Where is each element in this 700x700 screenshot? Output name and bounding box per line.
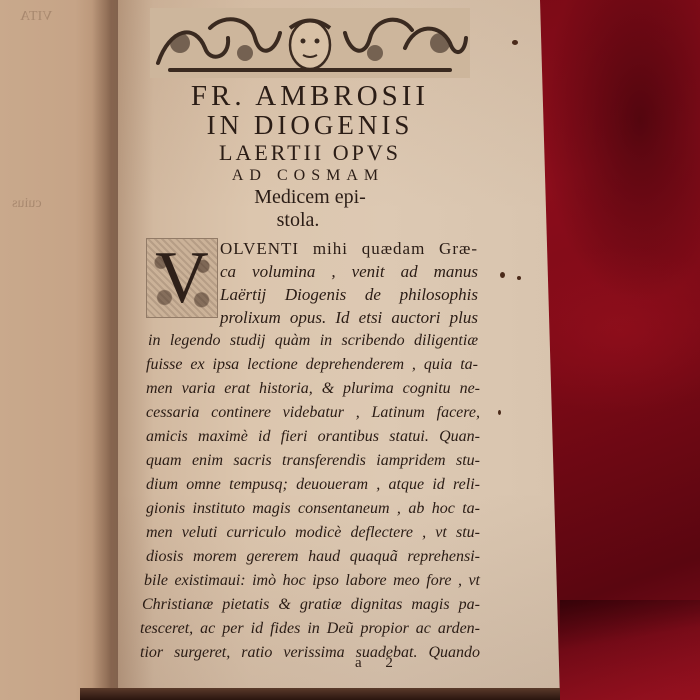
ink-stain [512,40,518,45]
velvet-fold [560,600,700,700]
body-line: fuisse ex ipsa lectione deprehenderem , … [146,354,478,376]
title-line-5: Medicem epi- [130,186,490,209]
body-line: tior surgeret, ratio verissima suadebat.… [140,642,480,664]
title-line-6: stola. [118,209,478,232]
initial-letter: V [155,238,208,318]
book-binding [80,688,560,700]
body-line: in legendo studij quàm in scribendo dili… [148,330,478,352]
body-line: bile existimaui: imò hoc ipso labore meo… [144,570,480,592]
body-line: ca volumina , venit ad manus [220,261,478,283]
title-line-2: IN DIOGENIS [130,110,490,141]
body-line: men veluti curriculo modicè deflectere ,… [146,522,480,544]
body-line: prolixum opus. Id etsi auctori plus [220,307,478,329]
body-line: Laërtij Diogenis de philosophis [220,284,478,306]
foxing-spot [517,276,521,280]
woodcut-ornament-icon [150,8,470,78]
page-signature: a 2 [355,655,403,672]
title-line-3: LAERTII OPVS [130,140,490,166]
left-page-ghost-title: VITA [20,8,52,26]
body-line: diosis morem gererem haud quaquã reprehe… [146,546,480,568]
title-line-4: AD COSMAM [128,167,488,185]
left-page-ghost-word: cuius [12,195,42,213]
body-line: gionis instituto magis consentaneum , ab… [146,498,480,520]
foxing-spot [498,410,501,415]
body-line: quam enim sacris transferendis iampridem… [146,450,480,472]
body-line: tesceret, ac per id fides in Deũ propior… [140,618,480,640]
foxing-spot [500,272,505,278]
body-line: men varia erat historia, & plurima cogni… [146,378,480,400]
body-line: cessaria continere videbatur , Latinum f… [146,402,480,424]
body-line: dium omne tempusq; deuoueram , atque id … [146,474,480,496]
body-line: Christianæ pietatis & gratiæ dignitas ma… [142,594,480,616]
body-line: amicis maximè id fieri orantibus statui.… [146,426,480,448]
body-line: OLVENTI mihi quædam Græ- [220,238,478,260]
title-line-author: FR. AMBROSII [130,80,490,113]
decorated-initial: V [146,238,218,318]
headpiece-ornament [150,8,470,78]
